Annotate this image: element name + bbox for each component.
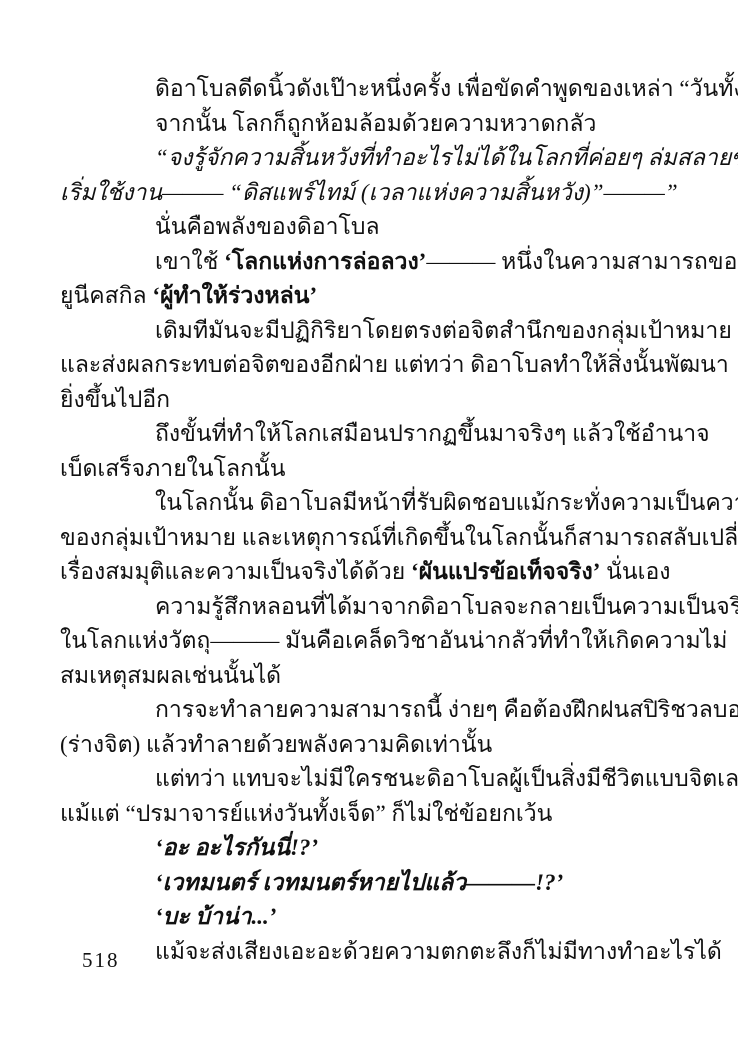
text-line: สมเหตุสมผลเช่นนั้นได้ xyxy=(60,659,680,694)
text-line: ถึงขั้นที่ทำให้โลกเสมือนปรากฏขึ้นมาจริงๆ… xyxy=(60,417,680,452)
text-run: การจะทำลายความสามารถนี้ ง่ายๆ คือต้องฝึก… xyxy=(155,697,738,722)
text-run: เขาใช้ xyxy=(155,249,224,274)
text-run: ‘บะ บ้าน่า...’ xyxy=(155,904,276,929)
text-run: ยูนีคสกิล xyxy=(60,283,152,308)
text-run: ในโลกนั้น ดิอาโบลมีหน้าที่รับผิดชอบแม้กร… xyxy=(155,490,738,515)
text-run: จากนั้น โลกก็ถูกห้อมล้อมด้วยความหวาดกลัว xyxy=(155,111,596,136)
text-line: แม้แต่ “ปรมาจารย์แห่งวันทั้งเจ็ด” ก็ไม่ใ… xyxy=(60,797,680,832)
text-line: เรื่องสมมุติและความเป็นจริงได้ด้วย ‘ผันแ… xyxy=(60,555,680,590)
text-line: และส่งผลกระทบต่อจิตของอีกฝ่าย แต่ทว่า ดิ… xyxy=(60,348,680,383)
text-line: เริ่มใช้งาน——— “ดิสแพร์ไทม์ (เวลาแห่งควา… xyxy=(60,176,680,211)
text-line: จากนั้น โลกก็ถูกห้อมล้อมด้วยความหวาดกลัว xyxy=(60,107,680,142)
text-line: ยูนีคสกิล ‘ผู้ทำให้ร่วงหล่น’ xyxy=(60,279,680,314)
text-run: นั่นเอง xyxy=(600,559,670,584)
text-line: ในโลกแห่งวัตถุ——— มันคือเคล็ดวิชาอันน่าก… xyxy=(60,624,680,659)
text-run: สมเหตุสมผลเช่นนั้นได้ xyxy=(60,663,281,688)
text-run: เดิมทีมันจะมีปฏิกิริยาโดยตรงต่อจิตสำนึกข… xyxy=(155,318,732,343)
text-run: ของกลุ่มเป้าหมาย และเหตุการณ์ที่เกิดขึ้น… xyxy=(60,525,738,550)
text-run: ดิอาโบลดีดนิ้วดังเป๊าะหนึ่งครั้ง เพื่อขั… xyxy=(155,76,738,101)
text-line: แม้จะส่งเสียงเอะอะด้วยความตกตะลึงก็ไม่มี… xyxy=(60,935,680,970)
text-line: การจะทำลายความสามารถนี้ ง่ายๆ คือต้องฝึก… xyxy=(60,693,680,728)
text-line: ความรู้สึกหลอนที่ได้มาจากดิอาโบลจะกลายเป… xyxy=(60,590,680,625)
text-run: ‘ผันแปรข้อเท็จจริง’ xyxy=(411,559,600,584)
text-line: แต่ทว่า แทบจะไม่มีใครชนะดิอาโบลผู้เป็นสิ… xyxy=(60,762,680,797)
text-line: ‘บะ บ้าน่า...’ xyxy=(60,900,680,935)
text-run: เรื่องสมมุติและความเป็นจริงได้ด้วย xyxy=(60,559,411,584)
text-run: แม้แต่ “ปรมาจารย์แห่งวันทั้งเจ็ด” ก็ไม่ใ… xyxy=(60,801,552,826)
text-line: ในโลกนั้น ดิอาโบลมีหน้าที่รับผิดชอบแม้กร… xyxy=(60,486,680,521)
text-run: ‘โลกแห่งการล่อลวง’ xyxy=(224,249,426,274)
text-run: (ร่างจิต) แล้วทำลายด้วยพลังความคิดเท่านั… xyxy=(60,732,492,757)
text-run: และส่งผลกระทบต่อจิตของอีกฝ่าย แต่ทว่า ดิ… xyxy=(60,352,729,377)
page-text: ดิอาโบลดีดนิ้วดังเป๊าะหนึ่งครั้ง เพื่อขั… xyxy=(60,72,680,969)
text-run: “จงรู้จักความสิ้นหวังที่ทำอะไรไม่ได้ในโล… xyxy=(155,145,738,170)
text-run: ‘อะ อะไรกันนี่!?’ xyxy=(155,835,318,860)
text-line: ‘อะ อะไรกันนี่!?’ xyxy=(60,831,680,866)
text-run: แต่ทว่า แทบจะไม่มีใครชนะดิอาโบลผู้เป็นสิ… xyxy=(155,766,738,791)
text-run: เริ่มใช้งาน——— “ดิสแพร์ไทม์ (เวลาแห่งควา… xyxy=(60,180,678,205)
text-line: “จงรู้จักความสิ้นหวังที่ทำอะไรไม่ได้ในโล… xyxy=(60,141,680,176)
text-run: ถึงขั้นที่ทำให้โลกเสมือนปรากฏขึ้นมาจริงๆ… xyxy=(155,421,710,446)
text-run: นั่นคือพลังของดิอาโบล xyxy=(155,214,380,239)
text-run: ความรู้สึกหลอนที่ได้มาจากดิอาโบลจะกลายเป… xyxy=(155,594,738,619)
text-line: ของกลุ่มเป้าหมาย และเหตุการณ์ที่เกิดขึ้น… xyxy=(60,521,680,556)
text-run: ในโลกแห่งวัตถุ——— มันคือเคล็ดวิชาอันน่าก… xyxy=(60,628,727,653)
book-page: ดิอาโบลดีดนิ้วดังเป๊าะหนึ่งครั้ง เพื่อขั… xyxy=(0,0,738,1051)
text-run: ยิ่งขึ้นไปอีก xyxy=(60,387,170,412)
text-run: ——— หนึ่งในความสามารถของ xyxy=(426,249,738,274)
text-line: ดิอาโบลดีดนิ้วดังเป๊าะหนึ่งครั้ง เพื่อขั… xyxy=(60,72,680,107)
text-run: แม้จะส่งเสียงเอะอะด้วยความตกตะลึงก็ไม่มี… xyxy=(155,939,722,964)
text-line: (ร่างจิต) แล้วทำลายด้วยพลังความคิดเท่านั… xyxy=(60,728,680,763)
text-line: เดิมทีมันจะมีปฏิกิริยาโดยตรงต่อจิตสำนึกข… xyxy=(60,314,680,349)
text-run: เบ็ดเสร็จภายในโลกนั้น xyxy=(60,456,285,481)
text-run: ‘ผู้ทำให้ร่วงหล่น’ xyxy=(152,283,317,308)
text-line: เขาใช้ ‘โลกแห่งการล่อลวง’——— หนึ่งในความ… xyxy=(60,245,680,280)
text-line: ยิ่งขึ้นไปอีก xyxy=(60,383,680,418)
page-number: 518 xyxy=(82,948,120,973)
text-line: นั่นคือพลังของดิอาโบล xyxy=(60,210,680,245)
text-run: ‘เวทมนตร์ เวทมนตร์หายไปแล้ว———!?’ xyxy=(155,870,563,895)
text-line: เบ็ดเสร็จภายในโลกนั้น xyxy=(60,452,680,487)
text-line: ‘เวทมนตร์ เวทมนตร์หายไปแล้ว———!?’ xyxy=(60,866,680,901)
